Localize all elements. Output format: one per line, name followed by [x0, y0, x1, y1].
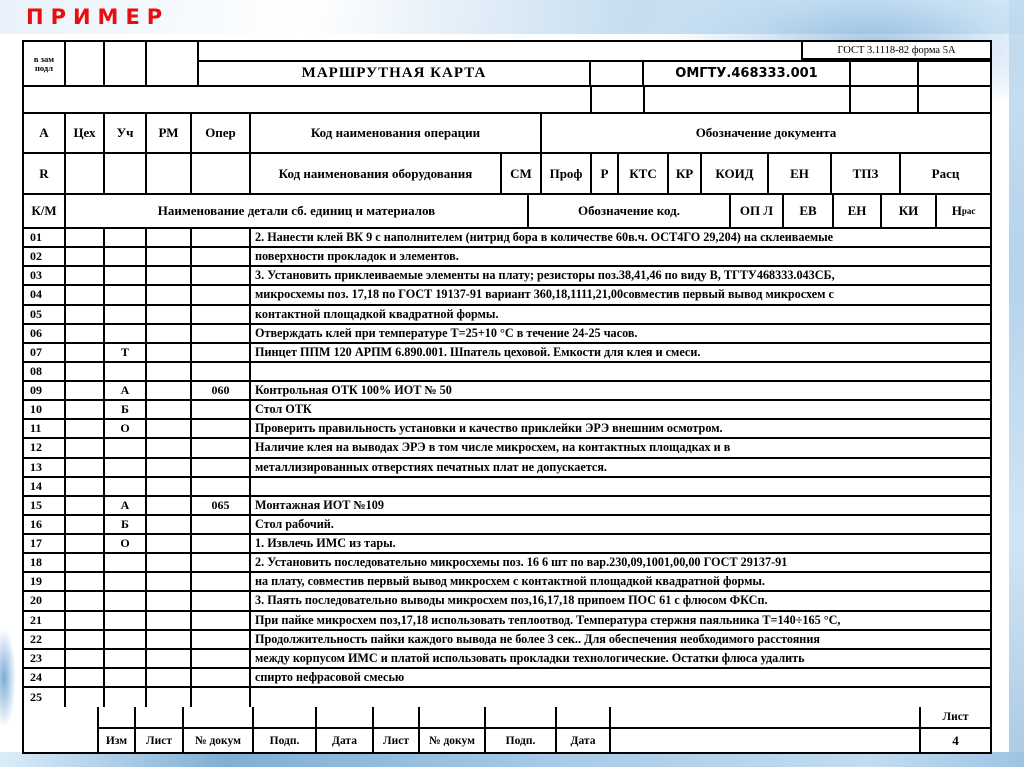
cell-operation-text: Стол ОТК	[251, 401, 990, 418]
mk-row: 17О1. Извлечь ИМС из тары.	[24, 535, 990, 554]
mk-row: 203. Паять последовательно выводы микрос…	[24, 592, 990, 611]
cell-operation-code	[192, 573, 251, 590]
cell-rm	[147, 592, 192, 609]
cell-operation-code	[192, 401, 251, 418]
cell-ceh	[66, 344, 105, 361]
empty-cell	[136, 707, 184, 727]
row-number: 16	[24, 516, 66, 533]
document-number: ОМГТУ.468333.001	[644, 62, 851, 85]
cell-operation-text: Продолжительность пайки каждого вывода н…	[251, 631, 990, 648]
col-document-designation: Обозначение документа	[542, 114, 990, 152]
operations-rows: 012. Нанести клей ВК 9 с наполнителем (н…	[24, 229, 990, 707]
cell-operation-text: спирто нефрасовой смесью	[251, 669, 990, 686]
header-row-a: А Цех Уч РМ Опер Код наименования операц…	[24, 114, 990, 154]
footer-labels-strip: Изм Лист № докум Подп. Дата Лист № докум…	[99, 729, 990, 752]
col-kts: КТС	[619, 154, 669, 193]
row-number: 23	[24, 650, 66, 667]
mk-row: 25	[24, 688, 990, 707]
cell-service-mark	[105, 459, 147, 476]
cell-rm	[147, 439, 192, 456]
cell-rm	[147, 382, 192, 399]
cell-ceh	[66, 439, 105, 456]
row-number: 11	[24, 420, 66, 437]
footer-label-data2: Дата	[557, 729, 611, 752]
cell-rm	[147, 344, 192, 361]
footer-label-list: Лист	[136, 729, 184, 752]
cell-service-mark	[105, 688, 147, 707]
marker-km: К/М	[24, 195, 66, 227]
cell-operation-code	[192, 363, 251, 380]
row-number: 17	[24, 535, 66, 552]
cell-service-mark	[105, 363, 147, 380]
water-texture-right	[1009, 0, 1024, 767]
empty-cell	[66, 154, 105, 193]
empty-cell	[184, 707, 254, 727]
row-number: 22	[24, 631, 66, 648]
cell-ceh	[66, 669, 105, 686]
cell-ceh	[66, 306, 105, 323]
footer-label-izm: Изм	[99, 729, 136, 752]
col-part-name: Наименование детали сб. единиц и материа…	[66, 195, 529, 227]
cell-service-mark	[105, 592, 147, 609]
cell-ceh	[66, 420, 105, 437]
cell-rm	[147, 401, 192, 418]
cell-ceh	[66, 497, 105, 514]
header-band-1: в зам подл ГОСТ 3.1118-82 форма 5А МАРШР…	[24, 42, 990, 87]
cell-operation-text: Проверить правильность установки и качес…	[251, 420, 990, 437]
cell-operation-code	[192, 554, 251, 571]
document-title: МАРШРУТНАЯ КАРТА	[199, 62, 591, 85]
col-sm: СМ	[502, 154, 542, 193]
mk-row: 09А060Контрольная ОТК 100% ИОТ № 50	[24, 382, 990, 401]
cell-operation-text: Наличие клея на выводах ЭРЭ в том числе …	[251, 439, 990, 456]
mk-row: 012. Нанести клей ВК 9 с наполнителем (н…	[24, 229, 990, 248]
mk-row: 182. Установить последовательно микросхе…	[24, 554, 990, 573]
cell-service-mark	[105, 325, 147, 342]
col-equipment-name: Код наименования оборудования	[251, 154, 502, 193]
cell-operation-code	[192, 420, 251, 437]
col-prof: Проф	[542, 154, 592, 193]
col-ki: КИ	[882, 195, 937, 227]
title-strip: МАРШРУТНАЯ КАРТА ОМГТУ.468333.001	[199, 60, 990, 85]
col-uch: Уч	[105, 114, 147, 152]
mk-row: 15А065Монтажная ИОТ №109	[24, 497, 990, 516]
cell-service-mark: Т	[105, 344, 147, 361]
cell-ceh	[66, 267, 105, 284]
cell-operation-text	[251, 363, 990, 380]
col-oper: Опер	[192, 114, 251, 152]
row-number: 01	[24, 229, 66, 246]
col-nras: Нрас	[937, 195, 990, 227]
stamp-cell	[147, 42, 199, 85]
cell-operation-text: Контрольная ОТК 100% ИОТ № 50	[251, 382, 990, 399]
row-number: 03	[24, 267, 66, 284]
empty-cell	[919, 62, 990, 85]
empty-cell	[592, 87, 645, 112]
mk-row: 19на плату, совместив первый вывод микро…	[24, 573, 990, 592]
sheet-label: Лист	[921, 707, 990, 729]
col-tpz: ТПЗ	[832, 154, 901, 193]
cell-rm	[147, 535, 192, 552]
row-number: 06	[24, 325, 66, 342]
cell-operation-code	[192, 478, 251, 495]
col-ceh: Цех	[66, 114, 105, 152]
empty-cell	[591, 62, 644, 85]
row-number: 15	[24, 497, 66, 514]
cell-operation-text	[251, 478, 990, 495]
header-band-2	[24, 87, 990, 114]
col-opl: ОП Л	[731, 195, 784, 227]
row-number: 04	[24, 286, 66, 303]
empty-cell	[374, 707, 420, 727]
cell-rm	[147, 650, 192, 667]
col-rm: РМ	[147, 114, 192, 152]
footer-left-cell	[24, 707, 99, 752]
cell-service-mark: А	[105, 382, 147, 399]
cell-service-mark: А	[105, 497, 147, 514]
col-rasc: Расц	[901, 154, 990, 193]
cell-ceh	[66, 478, 105, 495]
cell-operation-code	[192, 344, 251, 361]
row-number: 12	[24, 439, 66, 456]
cell-ceh	[66, 459, 105, 476]
row-number: 14	[24, 478, 66, 495]
col-ev: ЕВ	[784, 195, 834, 227]
row-number: 20	[24, 592, 66, 609]
empty-cell	[851, 62, 919, 85]
empty-cell	[486, 707, 557, 727]
slide: ПРИМЕР в зам подл ГОСТ 3.1118-82 форма 5…	[0, 0, 1024, 767]
col-en2: ЕН	[834, 195, 882, 227]
sheet-number-box: Лист 4	[919, 707, 990, 752]
row-number: 25	[24, 688, 66, 707]
marker-a: А	[24, 114, 66, 152]
stamp-vzam-podl: в зам подл	[24, 42, 66, 85]
col-en: ЕН	[769, 154, 832, 193]
cell-ceh	[66, 382, 105, 399]
cell-service-mark	[105, 267, 147, 284]
cell-operation-text: между корпусом ИМС и платой использовать…	[251, 650, 990, 667]
cell-service-mark: О	[105, 535, 147, 552]
cell-service-mark	[105, 286, 147, 303]
cell-operation-code	[192, 688, 251, 707]
cell-operation-text: Монтажная ИОТ №109	[251, 497, 990, 514]
cell-operation-code	[192, 248, 251, 265]
empty-cell	[645, 87, 852, 112]
sheet-number: 4	[921, 729, 990, 752]
cell-service-mark	[105, 631, 147, 648]
cell-operation-text: 3. Паять последовательно выводы микросхе…	[251, 592, 990, 609]
cell-rm	[147, 286, 192, 303]
empty-cell	[919, 87, 990, 112]
cell-operation-code	[192, 286, 251, 303]
footer-grid: Изм Лист № докум Подп. Дата Лист № докум…	[99, 707, 990, 752]
cell-service-mark	[105, 248, 147, 265]
cell-service-mark	[105, 306, 147, 323]
row-number: 08	[24, 363, 66, 380]
col-operation-name: Код наименования операции	[251, 114, 542, 152]
footer-label-ndokum: № докум	[184, 729, 254, 752]
cell-ceh	[66, 286, 105, 303]
cell-operation-code	[192, 516, 251, 533]
cell-operation-code	[192, 612, 251, 629]
cell-ceh	[66, 612, 105, 629]
cell-operation-text: контактной площадкой квадратной формы.	[251, 306, 990, 323]
slide-title: ПРИМЕР	[26, 5, 169, 29]
cell-service-mark	[105, 650, 147, 667]
empty-cell	[99, 707, 136, 727]
row-number: 10	[24, 401, 66, 418]
title-block: ГОСТ 3.1118-82 форма 5А МАРШРУТНАЯ КАРТА…	[199, 42, 990, 85]
cell-operation-text: 3. Установить приклеиваемые элементы на …	[251, 267, 990, 284]
footer-block: Изм Лист № докум Подп. Дата Лист № докум…	[24, 707, 990, 752]
empty-cell	[147, 154, 192, 193]
row-number: 19	[24, 573, 66, 590]
cell-operation-code	[192, 669, 251, 686]
empty-cell	[851, 87, 919, 112]
empty-cell	[420, 707, 486, 727]
cell-ceh	[66, 554, 105, 571]
cell-ceh	[66, 535, 105, 552]
footer-label-podp2: Подп.	[486, 729, 557, 752]
cell-rm	[147, 554, 192, 571]
mk-row: 02поверхности прокладок и элементов.	[24, 248, 990, 267]
route-card-table: в зам подл ГОСТ 3.1118-82 форма 5А МАРШР…	[22, 40, 992, 754]
col-kr: КР	[669, 154, 702, 193]
cell-operation-code	[192, 592, 251, 609]
cell-operation-text: Пинцет ППМ 120 АРПМ 6.890.001. Шпатель ц…	[251, 344, 990, 361]
empty-cell	[24, 87, 592, 112]
mk-row: 21При пайке микросхем поз,17,18 использо…	[24, 612, 990, 631]
cell-ceh	[66, 631, 105, 648]
cell-ceh	[66, 516, 105, 533]
empty-cell	[254, 707, 317, 727]
cell-operation-text: 2. Установить последовательно микросхемы…	[251, 554, 990, 571]
footer-label-podp: Подп.	[254, 729, 317, 752]
cell-rm	[147, 669, 192, 686]
mk-row: 07ТПинцет ППМ 120 АРПМ 6.890.001. Шпател…	[24, 344, 990, 363]
mk-row: 05контактной площадкой квадратной формы.	[24, 306, 990, 325]
empty-cell	[317, 707, 374, 727]
cell-operation-text	[251, 688, 990, 707]
cell-operation-code	[192, 650, 251, 667]
cell-ceh	[66, 573, 105, 590]
cell-ceh	[66, 248, 105, 265]
col-designation-code: Обозначение код.	[529, 195, 731, 227]
marker-r: R	[24, 154, 66, 193]
cell-service-mark	[105, 612, 147, 629]
cell-rm	[147, 248, 192, 265]
cell-operation-code: 060	[192, 382, 251, 399]
gost-strip: ГОСТ 3.1118-82 форма 5А	[199, 42, 990, 60]
mk-row: 10БСтол ОТК	[24, 401, 990, 420]
cell-operation-code	[192, 325, 251, 342]
cell-ceh	[66, 650, 105, 667]
cell-operation-text: микросхемы поз. 17,18 по ГОСТ 19137-91 в…	[251, 286, 990, 303]
cell-operation-text: поверхности прокладок и элементов.	[251, 248, 990, 265]
cell-operation-text: 1. Извлечь ИМС из тары.	[251, 535, 990, 552]
cell-operation-code	[192, 229, 251, 246]
mk-row: 23между корпусом ИМС и платой использова…	[24, 650, 990, 669]
cell-service-mark	[105, 439, 147, 456]
cell-ceh	[66, 325, 105, 342]
stamp-cell	[66, 42, 105, 85]
cell-service-mark: О	[105, 420, 147, 437]
cell-operation-text: При пайке микросхем поз,17,18 использова…	[251, 612, 990, 629]
cell-ceh	[66, 688, 105, 707]
mk-row: 06Отверждать клей при температуре Т=25+1…	[24, 325, 990, 344]
mk-row: 16БСтол рабочий.	[24, 516, 990, 535]
water-texture-bottom	[0, 752, 1024, 767]
mk-row: 24спирто нефрасовой смесью	[24, 669, 990, 688]
row-number: 13	[24, 459, 66, 476]
cell-operation-code	[192, 306, 251, 323]
cell-operation-code	[192, 439, 251, 456]
cell-rm	[147, 325, 192, 342]
cell-service-mark: Б	[105, 516, 147, 533]
cell-rm	[147, 631, 192, 648]
cell-operation-text: на плату, совместив первый вывод микросх…	[251, 573, 990, 590]
footer-empty-strip	[99, 707, 990, 729]
row-number: 18	[24, 554, 66, 571]
cell-rm	[147, 612, 192, 629]
empty-cell	[192, 154, 251, 193]
cell-ceh	[66, 229, 105, 246]
cell-rm	[147, 516, 192, 533]
cell-rm	[147, 478, 192, 495]
cell-ceh	[66, 363, 105, 380]
cell-rm	[147, 267, 192, 284]
empty-cell	[557, 707, 611, 727]
cell-operation-code	[192, 535, 251, 552]
row-number: 02	[24, 248, 66, 265]
cell-rm	[147, 420, 192, 437]
mk-row: 12Наличие клея на выводах ЭРЭ в том числ…	[24, 439, 990, 458]
gost-form-label: ГОСТ 3.1118-82 форма 5А	[801, 42, 990, 60]
cell-operation-text: металлизированных отверстиях печатных пл…	[251, 459, 990, 476]
mk-row: 04микросхемы поз. 17,18 по ГОСТ 19137-91…	[24, 286, 990, 305]
mk-row: 22Продолжительность пайки каждого вывода…	[24, 631, 990, 650]
header-row-r: R Код наименования оборудования СМ Проф …	[24, 154, 990, 195]
row-number: 24	[24, 669, 66, 686]
cell-service-mark	[105, 229, 147, 246]
footer-label-ndokum2: № докум	[420, 729, 486, 752]
cell-operation-text: 2. Нанести клей ВК 9 с наполнителем (нит…	[251, 229, 990, 246]
mk-row: 08	[24, 363, 990, 382]
cell-operation-code	[192, 631, 251, 648]
cell-rm	[147, 688, 192, 707]
row-number: 05	[24, 306, 66, 323]
col-koid: КОИД	[702, 154, 769, 193]
cell-operation-code: 065	[192, 497, 251, 514]
cell-operation-text: Отверждать клей при температуре Т=25+10 …	[251, 325, 990, 342]
row-number: 21	[24, 612, 66, 629]
cell-service-mark	[105, 554, 147, 571]
row-number: 07	[24, 344, 66, 361]
cell-ceh	[66, 592, 105, 609]
footer-label-data: Дата	[317, 729, 374, 752]
cell-rm	[147, 573, 192, 590]
stamp-cell	[105, 42, 147, 85]
cell-operation-code	[192, 267, 251, 284]
cell-service-mark	[105, 478, 147, 495]
empty-cell	[105, 154, 147, 193]
cell-rm	[147, 497, 192, 514]
cell-service-mark	[105, 669, 147, 686]
mk-row: 033. Установить приклеиваемые элементы н…	[24, 267, 990, 286]
mk-row: 13 металлизированных отверстиях печатных…	[24, 459, 990, 478]
cell-operation-code	[192, 459, 251, 476]
cell-service-mark	[105, 573, 147, 590]
footer-label-list2: Лист	[374, 729, 420, 752]
row-number: 09	[24, 382, 66, 399]
cell-rm	[147, 363, 192, 380]
mk-row: 11ОПроверить правильность установки и ка…	[24, 420, 990, 439]
cell-ceh	[66, 401, 105, 418]
mk-row: 14	[24, 478, 990, 497]
cell-service-mark: Б	[105, 401, 147, 418]
cell-rm	[147, 229, 192, 246]
water-texture-bottom-left	[0, 628, 16, 728]
col-p: Р	[592, 154, 619, 193]
header-row-km: К/М Наименование детали сб. единиц и мат…	[24, 195, 990, 229]
cell-rm	[147, 306, 192, 323]
cell-rm	[147, 459, 192, 476]
cell-operation-text: Стол рабочий.	[251, 516, 990, 533]
